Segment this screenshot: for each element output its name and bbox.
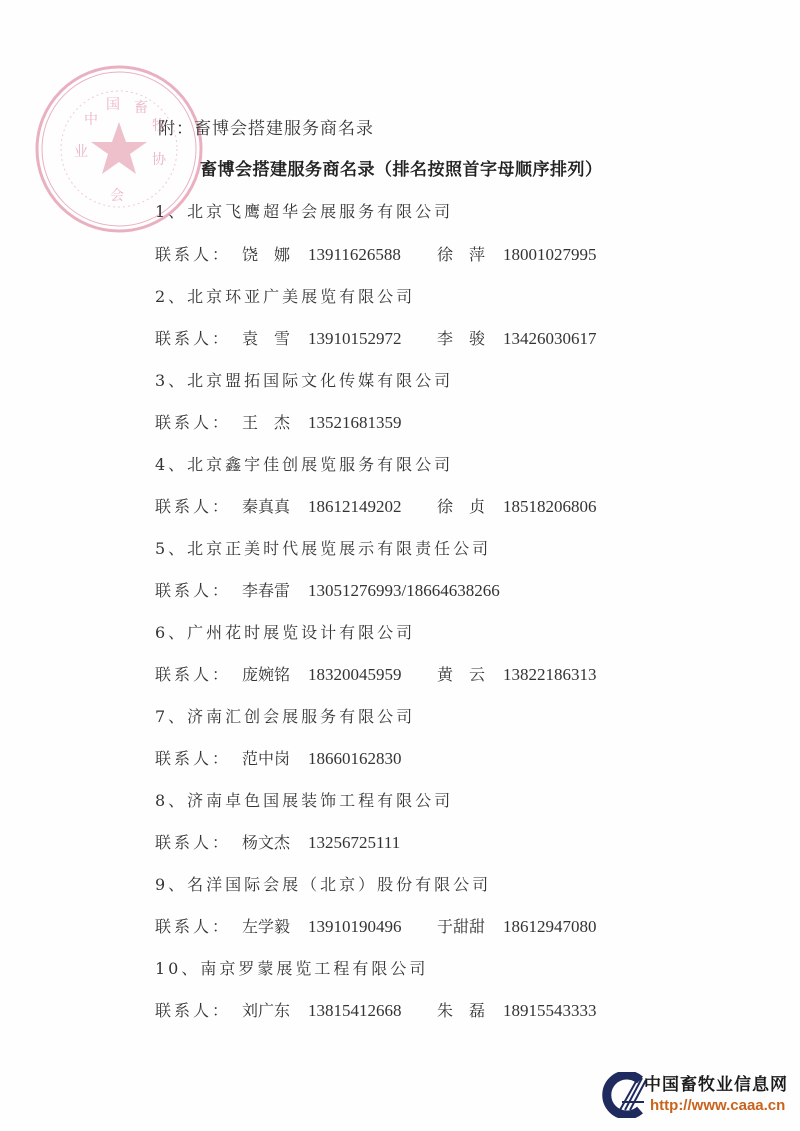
contact-row: 联系人： 左学毅13910190496 于甜甜18612947080 (155, 914, 231, 937)
contact-row: 联系人： 刘广东13815412668 朱 磊18915543333 (155, 998, 231, 1021)
contact-name: 李 骏 (437, 326, 503, 349)
contact-row: 联系人： 袁 雪13910152972 李 骏13426030617 (155, 326, 231, 349)
contact-row: 联系人： 杨文杰13256725111 (155, 830, 231, 853)
contact-row: 联系人： 范中岗18660162830 (155, 746, 231, 769)
svg-text:协: 协 (152, 151, 167, 168)
company-name: 4、北京鑫宇佳创展览服务有限公司 (155, 452, 453, 475)
site-name: 中国畜牧业信息网 (644, 1070, 788, 1095)
contact-name: 黄 云 (437, 662, 503, 685)
contact-phone: 13521681359 (308, 413, 402, 432)
contact-phone: 13426030617 (503, 329, 597, 348)
contact-label: 联系人： (155, 749, 231, 768)
svg-text:中: 中 (84, 111, 98, 128)
contact-phone: 18612947080 (503, 917, 597, 936)
contact-name: 王 杰 (242, 410, 308, 433)
svg-text:会: 会 (110, 188, 124, 204)
contact-row: 联系人： 庞婉铭18320045959 黄 云13822186313 (155, 662, 231, 685)
contact-label: 联系人： (155, 917, 231, 936)
contact-phone: 18915543333 (503, 1001, 597, 1020)
contact-name: 秦真真 (242, 494, 308, 517)
contact-phone: 13910152972 (308, 329, 402, 348)
contact-name: 于甜甜 (437, 914, 503, 937)
contact-label: 联系人： (155, 245, 231, 264)
company-name: 10、南京罗蒙展览工程有限公司 (155, 956, 428, 979)
company-name: 5、北京正美时代展览展示有限责任公司 (155, 536, 491, 559)
company-name: 7、济南汇创会展服务有限公司 (155, 704, 415, 727)
contact-label: 联系人： (155, 329, 231, 348)
contact-row: 联系人： 秦真真18612149202 徐 贞18518206806 (155, 494, 231, 517)
svg-text:业: 业 (74, 144, 88, 160)
site-url: http://www.caaa.cn (650, 1097, 785, 1114)
contact-phone: 13051276993/18664638266 (308, 581, 500, 600)
svg-text:国: 国 (106, 97, 120, 113)
page-title: 畜博会搭建服务商名录（排名按照首字母顺序排列） (200, 155, 603, 180)
contact-phone: 13911626588 (308, 245, 401, 264)
company-name: 1、北京飞鹰超华会展服务有限公司 (155, 199, 453, 222)
contact-phone: 18320045959 (308, 665, 402, 684)
contact-name: 徐 贞 (437, 494, 503, 517)
site-watermark: 中国畜牧业信息网 http://www.caaa.cn (600, 1068, 796, 1124)
company-name: 2、北京环亚广美展览有限公司 (155, 284, 415, 307)
contact-label: 联系人： (155, 497, 231, 516)
contact-label: 联系人： (155, 665, 231, 684)
contact-row: 联系人： 饶 娜13911626588 徐 萍18001027995 (155, 242, 231, 265)
contact-name: 袁 雪 (242, 326, 308, 349)
contact-label: 联系人： (155, 581, 231, 600)
caaa-logo-icon (600, 1072, 650, 1118)
contact-phone: 13822186313 (503, 665, 597, 684)
contact-row: 联系人： 李春雷13051276993/18664638266 (155, 578, 231, 601)
contact-phone: 18518206806 (503, 497, 597, 516)
contact-name: 徐 萍 (437, 242, 503, 265)
company-name: 8、济南卓色国展装饰工程有限公司 (155, 788, 453, 811)
contact-row: 联系人： 王 杰13521681359 (155, 410, 231, 433)
contact-phone: 13256725111 (308, 833, 400, 852)
contact-label: 联系人： (155, 833, 231, 852)
contact-name: 饶 娜 (242, 242, 308, 265)
contact-label: 联系人： (155, 1001, 231, 1020)
contact-name: 李春雷 (242, 578, 308, 601)
contact-name: 杨文杰 (242, 830, 308, 853)
attachment-heading: 附：畜博会搭建服务商名录 (158, 114, 374, 139)
document-page: 中 国 畜 牧 业 协 会 附：畜博会搭建服务商名录 畜博会搭建服务商名录（排名… (0, 0, 800, 1131)
company-name: 3、北京盟拓国际文化传媒有限公司 (155, 368, 453, 391)
contact-name: 范中岗 (242, 746, 308, 769)
contact-name: 左学毅 (242, 914, 308, 937)
contact-name: 刘广东 (242, 998, 308, 1021)
company-name: 9、名洋国际会展（北京）股份有限公司 (155, 872, 491, 895)
contact-label: 联系人： (155, 413, 231, 432)
contact-phone: 18612149202 (308, 497, 402, 516)
contact-phone: 13815412668 (308, 1001, 402, 1020)
contact-name: 朱 磊 (437, 998, 503, 1021)
contact-phone: 13910190496 (308, 917, 402, 936)
contact-phone: 18660162830 (308, 749, 402, 768)
contact-phone: 18001027995 (503, 245, 597, 264)
svg-text:畜: 畜 (134, 100, 148, 116)
company-name: 6、广州花时展览设计有限公司 (155, 620, 415, 643)
contact-name: 庞婉铭 (242, 662, 308, 685)
